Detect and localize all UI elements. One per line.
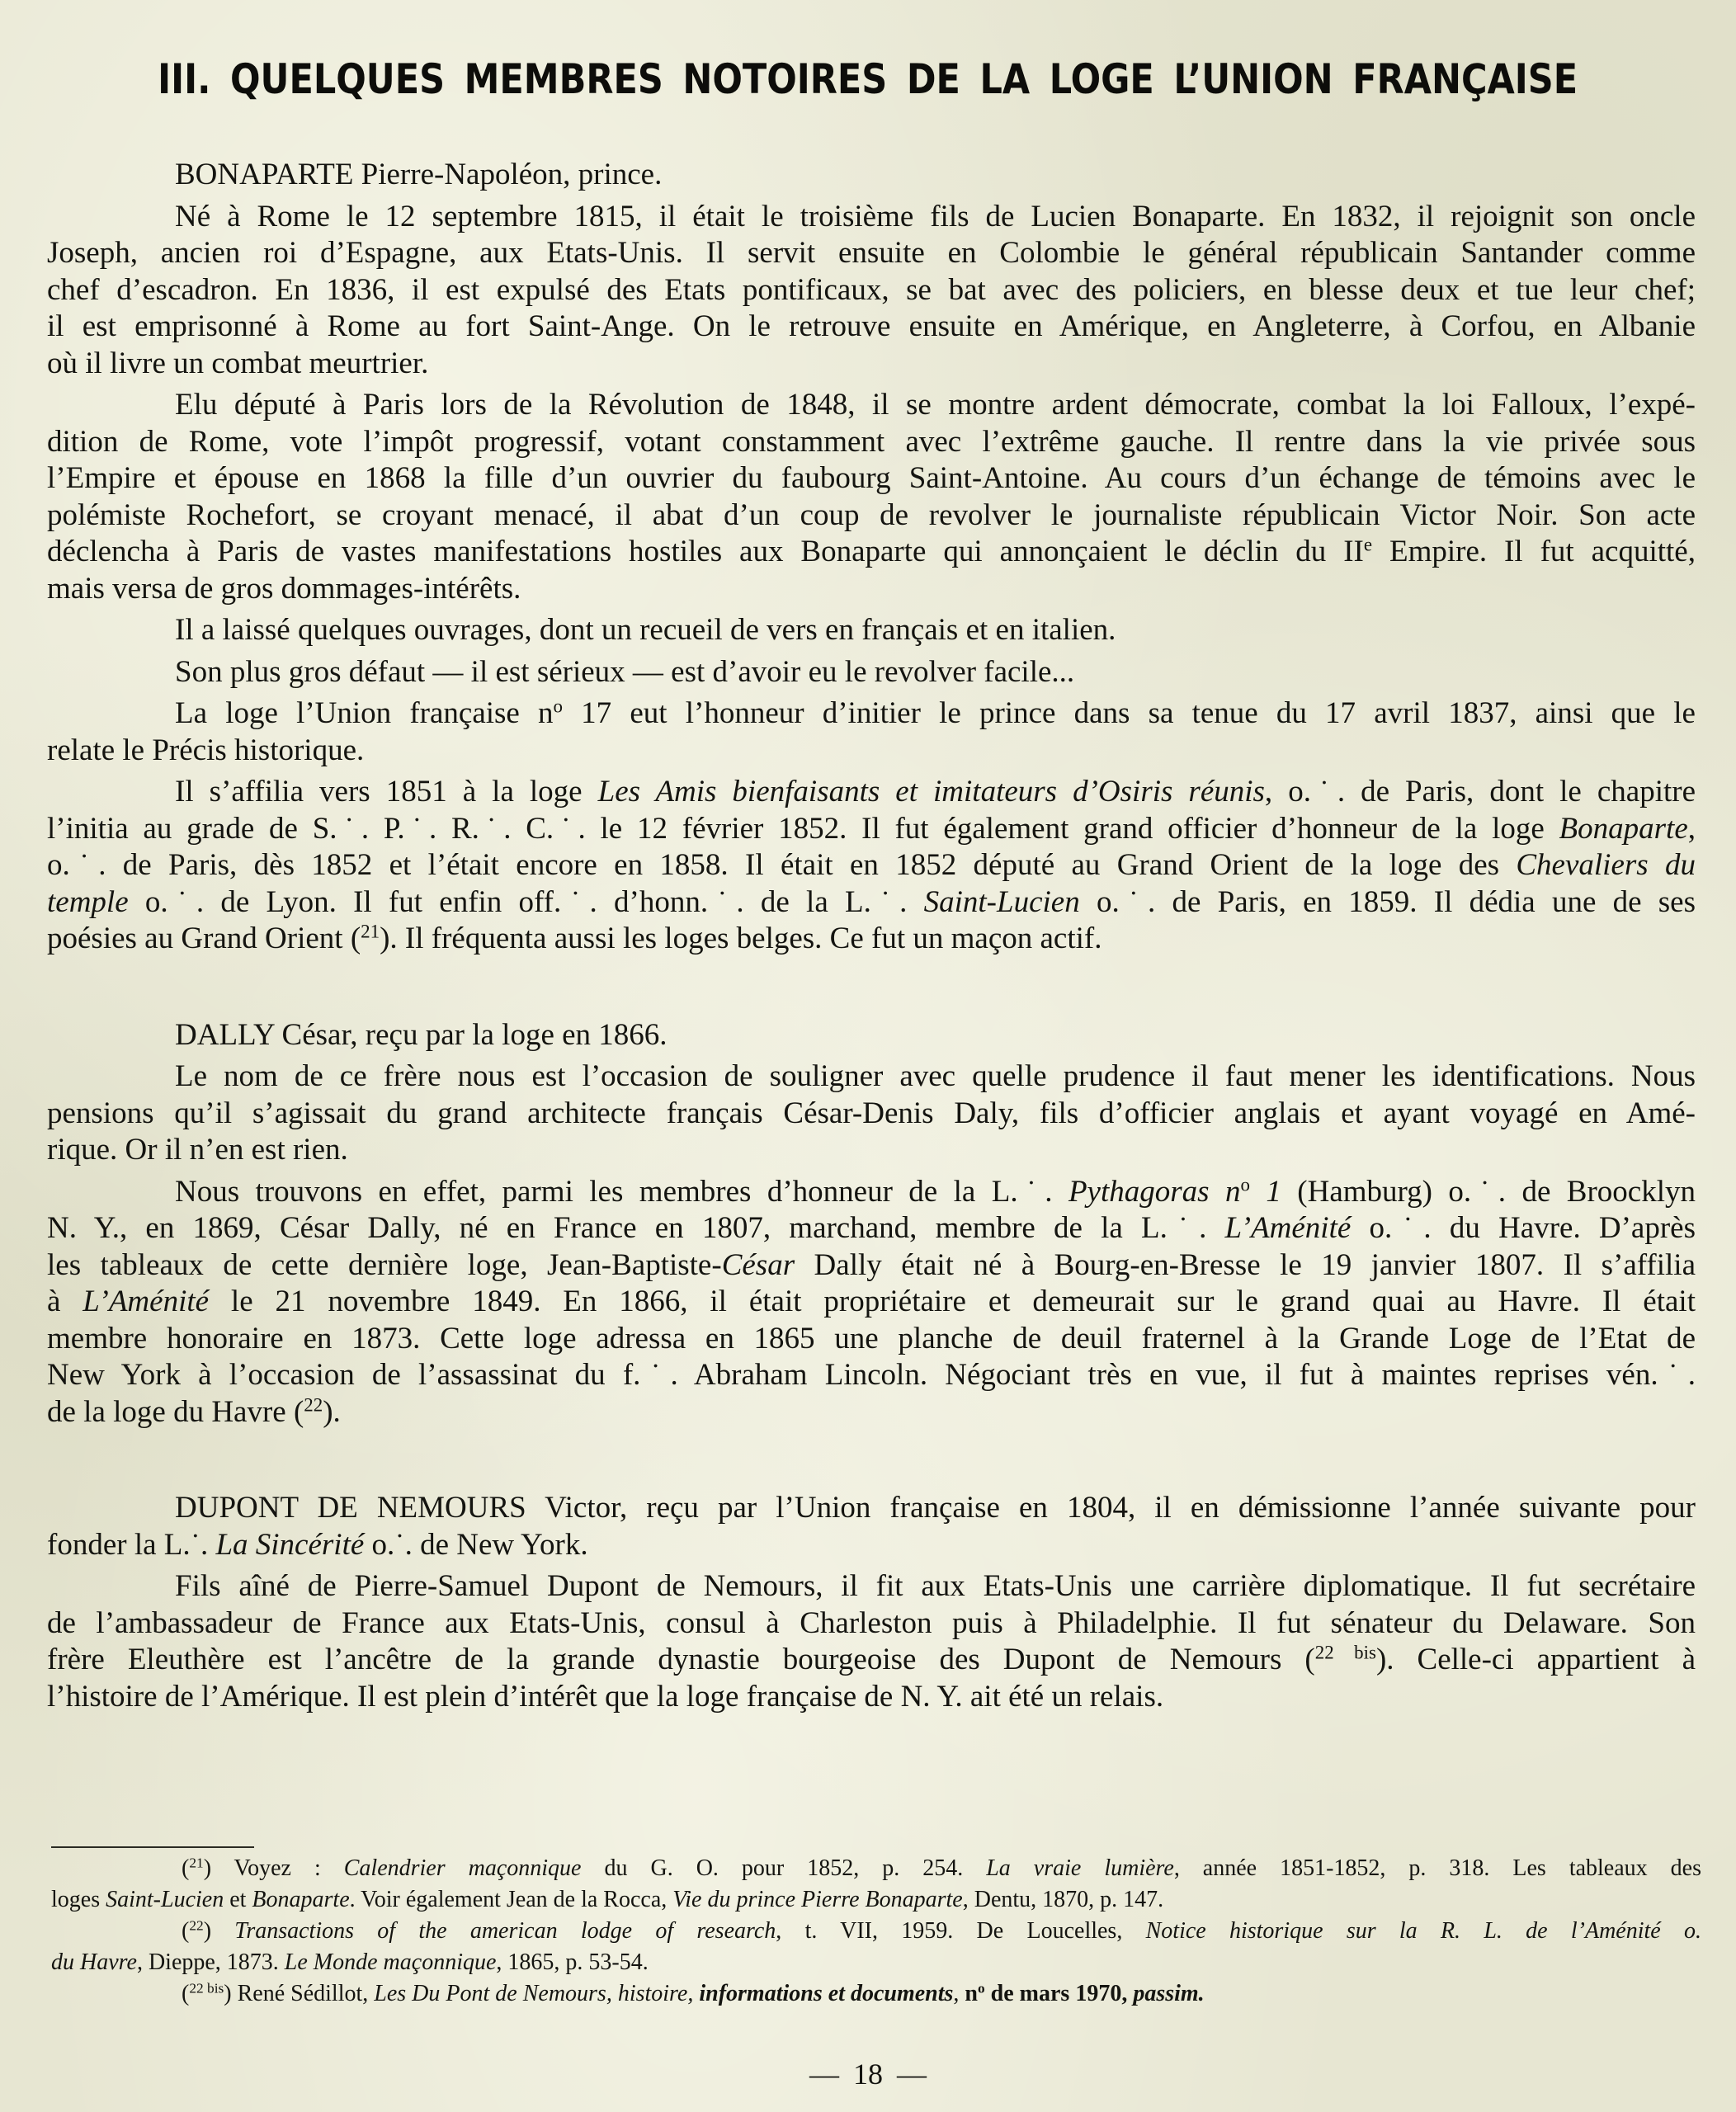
entry-dupont-de-nemours: DUPONT DE NEMOURS Victor, reçu par l’Uni… xyxy=(47,1490,1696,1715)
text-run: , t. VII, 1959. De Loucelles, xyxy=(776,1918,1145,1944)
text-line: (22) Transactions of the american lodge … xyxy=(51,1916,1701,1947)
text-run: déclencha à Paris de vastes manifestatio… xyxy=(47,535,1364,568)
text-run: l’initia au grade de S.˙. P.˙. R.˙. C.˙.… xyxy=(47,812,1559,846)
text-run: , Dentu, 1870, p. 147. xyxy=(963,1887,1163,1912)
paragraph: Il s’affilia vers 1851 à la loge Les Ami… xyxy=(47,774,1696,958)
text-run: le 21 novembre 1849. En 1866, il était p… xyxy=(209,1285,1696,1318)
text-line: fonder la L.˙. La Sincérité o.˙. de New … xyxy=(47,1527,1696,1564)
text-line: rique. Or il n’en est rien. xyxy=(47,1132,1696,1169)
text-run: , o.˙. de Paris, dont le chapitre xyxy=(1265,775,1696,808)
text-run: Nous trouvons en effet, parmi les membre… xyxy=(175,1175,1068,1209)
text-run: New York à l’occasion de l’assassinat du… xyxy=(47,1358,1696,1392)
text-line: chef d’escadron. En 1836, il est expulsé… xyxy=(47,272,1696,309)
paragraph: Le nom de ce frère nous est l’occasion d… xyxy=(47,1058,1696,1169)
text-run: chef d’escadron. En 1836, il est expulsé… xyxy=(47,273,1696,307)
text-run: , Dieppe, 1873. xyxy=(137,1949,285,1975)
text-run: , xyxy=(1688,812,1696,846)
text-line: l’initia au grade de S.˙. P.˙. R.˙. C.˙.… xyxy=(47,811,1696,848)
text-line: Fils aîné de Pierre-Samuel Dupont de Nem… xyxy=(47,1568,1696,1605)
italic-text: La vraie lumière xyxy=(986,1855,1174,1881)
text-line: New York à l’occasion de l’assassinat du… xyxy=(47,1357,1696,1394)
italic-text: temple xyxy=(47,885,129,919)
text-line: dition de Rome, vote l’impôt progressif,… xyxy=(47,424,1696,461)
text-run: ( xyxy=(182,1918,189,1944)
entry-bonaparte: BONAPARTE Pierre-Napoléon, prince.Né à R… xyxy=(47,157,1696,958)
italic-text: Bonaparte xyxy=(252,1887,349,1912)
text-run: , année 1851-1852, p. 318. Les tableaux … xyxy=(1174,1855,1701,1881)
text-run: et xyxy=(224,1887,252,1912)
italic-text: Les Du Pont de Nemours, histoire, xyxy=(374,1981,699,2006)
entry-heading-paragraph: BONAPARTE Pierre-Napoléon, prince. xyxy=(47,157,1696,194)
italic-text: Saint-Lucien xyxy=(924,885,1080,919)
italic-text: 1 xyxy=(1250,1175,1281,1209)
text-run: polémiste Rochefort, se croyant menacé, … xyxy=(47,498,1696,532)
text-run: frère Eleuthère est l’ancêtre de la gran… xyxy=(47,1643,1315,1676)
text-line: les tableaux de cette dernière loge, Jea… xyxy=(47,1247,1696,1285)
entry-heading-paragraph: DUPONT DE NEMOURS Victor, reçu par l’Uni… xyxy=(47,1490,1696,1563)
italic-text: informations et documents xyxy=(699,1981,953,2006)
text-run: de l’ambassadeur de France aux Etats-Uni… xyxy=(47,1606,1696,1640)
text-run: poésies au Grand Orient ( xyxy=(47,922,361,955)
text-run: de la loge du Havre ( xyxy=(47,1395,304,1429)
text-run: La loge l’Union française n xyxy=(175,696,554,730)
italic-text: Notice historique sur la R. L. de l’Amén… xyxy=(1146,1918,1701,1944)
text-line: N. Y., en 1869, César Dally, né en Franc… xyxy=(47,1210,1696,1247)
text-line: loges Saint-Lucien et Bonaparte. Voir ég… xyxy=(51,1884,1701,1916)
text-line: l’Empire et épouse en 1868 la fille d’un… xyxy=(47,460,1696,497)
text-run: loges xyxy=(51,1887,106,1912)
text-run: Empire. Il fut acquitté, xyxy=(1372,535,1696,568)
text-run: ). Celle-ci appartient à xyxy=(1376,1643,1696,1676)
text-run: n xyxy=(965,1981,978,2006)
text-line: du Havre, Dieppe, 1873. Le Monde maçonni… xyxy=(51,1947,1701,1978)
superscript: 21 xyxy=(361,921,380,941)
paragraph: Fils aîné de Pierre-Samuel Dupont de Nem… xyxy=(47,1568,1696,1715)
italic-text: L’Aménité xyxy=(1225,1211,1352,1245)
text-run: les tableaux de cette dernière loge, Jea… xyxy=(47,1248,722,1282)
text-run: (Hamburg) o.˙. de Broocklyn xyxy=(1281,1175,1696,1209)
superscript: o xyxy=(1240,1174,1249,1195)
text-run: o.˙. de Paris, en 1859. Il dédia une de … xyxy=(1080,885,1696,919)
text-line: où il livre un combat meurtrier. xyxy=(47,346,1696,383)
text-run: il est emprisonné à Rome au fort Saint-A… xyxy=(47,309,1696,343)
paragraph: Elu député à Paris lors de la Révolution… xyxy=(47,387,1696,607)
text-line: Il s’affilia vers 1851 à la loge Les Ami… xyxy=(47,774,1696,811)
superscript: 22 xyxy=(304,1394,323,1415)
text-line: Il a laissé quelques ouvrages, dont un r… xyxy=(47,612,1696,649)
text-run: . Voir également Jean de la Rocca, xyxy=(350,1887,673,1912)
chapter-title-text: III. QUELQUES MEMBRES NOTOIRES DE LA LOG… xyxy=(158,54,1578,104)
italic-text: Chevaliers du xyxy=(1516,848,1696,882)
italic-text: La Sincérité xyxy=(215,1528,364,1562)
text-run: o.˙. de New York. xyxy=(364,1528,587,1562)
superscript: 21 xyxy=(189,1855,203,1870)
text-run: o.˙. de Paris, dès 1852 et l’était encor… xyxy=(47,848,1516,882)
text-run: rique. Or il n’en est rien. xyxy=(47,1133,348,1167)
paragraph: Nous trouvons en effet, parmi les membre… xyxy=(47,1174,1696,1431)
text-run: Dally était né à Bourg-en-Bresse le 19 j… xyxy=(795,1248,1696,1282)
text-run: ) René Sédillot, xyxy=(224,1981,374,2006)
text-run: fonder la L.˙. xyxy=(47,1528,215,1562)
text-run: pensions qu’il s’agissait du grand archi… xyxy=(47,1096,1696,1130)
text-line: l’histoire de l’Amérique. Il est plein d… xyxy=(47,1679,1696,1716)
text-run: Fils aîné de Pierre-Samuel Dupont de Nem… xyxy=(175,1569,1696,1603)
text-run: Il a laissé quelques ouvrages, dont un r… xyxy=(175,613,1116,647)
text-run: DUPONT DE NEMOURS Victor, reçu par l’Uni… xyxy=(175,1491,1696,1525)
italic-text: Saint-Lucien xyxy=(106,1887,224,1912)
text-run: relate le Précis historique. xyxy=(47,733,364,767)
italic-text: Bonaparte xyxy=(1559,812,1688,846)
main-text: BONAPARTE Pierre-Napoléon, prince.Né à R… xyxy=(47,157,1696,1715)
text-line: il est emprisonné à Rome au fort Saint-A… xyxy=(47,309,1696,346)
text-line: membre honoraire en 1873. Cette loge adr… xyxy=(47,1321,1696,1358)
text-line: relate le Précis historique. xyxy=(47,733,1696,770)
superscript: 22 xyxy=(189,1917,203,1933)
text-line: pensions qu’il s’agissait du grand archi… xyxy=(47,1096,1696,1133)
footnote-21: (21) Voyez : Calendrier maçonnique du G.… xyxy=(51,1853,1701,1916)
text-line: poésies au Grand Orient (21). Il fréquen… xyxy=(47,921,1696,958)
text-run: ( xyxy=(182,1855,189,1881)
text-line: DALLY César, reçu par la loge en 1866. xyxy=(47,1017,1696,1054)
text-run: de mars 1970, xyxy=(985,1981,1134,2006)
footnote-22: (22) Transactions of the american lodge … xyxy=(51,1916,1701,1978)
text-line: de l’ambassadeur de France aux Etats-Uni… xyxy=(47,1605,1696,1643)
italic-text: Les Amis bienfaisants et imitateurs d’Os… xyxy=(598,775,1265,808)
text-run: ). xyxy=(323,1395,341,1429)
text-run: l’Empire et épouse en 1868 la fille d’un… xyxy=(47,461,1696,495)
entry-dally: DALLY César, reçu par la loge en 1866.Le… xyxy=(47,1017,1696,1431)
footnotes: (21) Voyez : Calendrier maçonnique du G.… xyxy=(51,1853,1701,2010)
text-line: temple o.˙. de Lyon. Il fut enfin off.˙.… xyxy=(47,884,1696,922)
text-line: déclencha à Paris de vastes manifestatio… xyxy=(47,534,1696,571)
footnote-separator xyxy=(51,1846,254,1848)
text-run: ). Il fréquenta aussi les loges belges. … xyxy=(380,922,1102,955)
italic-text: L’Aménité xyxy=(83,1285,209,1318)
text-line: Né à Rome le 12 septembre 1815, il était… xyxy=(47,199,1696,236)
text-run: Né à Rome le 12 septembre 1815, il était… xyxy=(175,200,1696,233)
text-run: , xyxy=(953,1981,965,2006)
document-page: III. QUELQUES MEMBRES NOTOIRES DE LA LOG… xyxy=(0,0,1736,2112)
text-line: polémiste Rochefort, se croyant menacé, … xyxy=(47,497,1696,535)
italic-text: Le Monde maçonnique xyxy=(285,1949,497,1975)
footnote-22-bis: (22 bis) René Sédillot, Les Du Pont de N… xyxy=(51,1978,1701,2010)
text-line: de la loge du Havre (22). xyxy=(47,1394,1696,1431)
text-line: Le nom de ce frère nous est l’occasion d… xyxy=(47,1058,1696,1096)
text-run: ) Voyez : xyxy=(204,1855,344,1881)
text-run: Elu député à Paris lors de la Révolution… xyxy=(175,388,1696,422)
text-line: Elu député à Paris lors de la Révolution… xyxy=(47,387,1696,424)
text-run: ( xyxy=(182,1981,189,2006)
text-line: à L’Aménité le 21 novembre 1849. En 1866… xyxy=(47,1284,1696,1321)
text-run: où il livre un combat meurtrier. xyxy=(47,346,428,380)
italic-text: Vie du prince Pierre Bonaparte xyxy=(672,1887,962,1912)
text-line: BONAPARTE Pierre-Napoléon, prince. xyxy=(47,157,1696,194)
text-run: Son plus gros défaut — il est sérieux — … xyxy=(175,655,1074,689)
text-run: dition de Rome, vote l’impôt progressif,… xyxy=(47,425,1696,459)
text-line: Nous trouvons en effet, parmi les membre… xyxy=(47,1174,1696,1211)
superscript: e xyxy=(1364,534,1372,554)
text-line: La loge l’Union française no 17 eut l’ho… xyxy=(47,695,1696,733)
superscript: o xyxy=(978,1980,985,1996)
text-run: N. Y., en 1869, César Dally, né en Franc… xyxy=(47,1211,1225,1245)
paragraph: La loge l’Union française no 17 eut l’ho… xyxy=(47,695,1696,769)
text-line: mais versa de gros dommages-intérêts. xyxy=(47,571,1696,608)
text-run: 17 eut l’honneur d’initier le prince dan… xyxy=(563,696,1696,730)
text-run: à xyxy=(47,1285,83,1318)
paragraph: Il a laissé quelques ouvrages, dont un r… xyxy=(47,612,1696,649)
text-run: membre honoraire en 1873. Cette loge adr… xyxy=(47,1322,1696,1355)
text-line: frère Eleuthère est l’ancêtre de la gran… xyxy=(47,1642,1696,1679)
text-run: Le nom de ce frère nous est l’occasion d… xyxy=(175,1059,1696,1093)
text-run: ) xyxy=(204,1918,235,1944)
superscript: o xyxy=(554,695,563,716)
entry-heading-paragraph: DALLY César, reçu par la loge en 1866. xyxy=(47,1017,1696,1054)
text-run: Joseph, ancien roi d’Espagne, aux Etats-… xyxy=(47,236,1696,270)
text-line: (22 bis) René Sédillot, Les Du Pont de N… xyxy=(51,1978,1701,2010)
superscript: 22 bis xyxy=(189,1980,224,1996)
italic-text: passim. xyxy=(1133,1981,1204,2006)
text-run: du G. O. pour 1852, p. 254. xyxy=(581,1855,986,1881)
text-run: , 1865, p. 53-54. xyxy=(496,1949,648,1975)
text-run: l’histoire de l’Amérique. Il est plein d… xyxy=(47,1680,1163,1714)
paragraph: Son plus gros défaut — il est sérieux — … xyxy=(47,654,1696,691)
text-run: o.˙. de Lyon. Il fut enfin off.˙. d’honn… xyxy=(129,885,924,919)
italic-text: César xyxy=(722,1248,795,1282)
page-number: — 18 — xyxy=(0,2058,1736,2091)
italic-text: Pythagoras n xyxy=(1068,1175,1241,1209)
text-line: Son plus gros défaut — il est sérieux — … xyxy=(47,654,1696,691)
superscript: 22 bis xyxy=(1315,1642,1376,1662)
italic-text: Calendrier maçonnique xyxy=(344,1855,582,1881)
text-run: mais versa de gros dommages-intérêts. xyxy=(47,572,521,606)
text-line: (21) Voyez : Calendrier maçonnique du G.… xyxy=(51,1853,1701,1884)
paragraph: Né à Rome le 12 septembre 1815, il était… xyxy=(47,199,1696,383)
text-run: BONAPARTE Pierre-Napoléon, prince. xyxy=(175,158,662,191)
chapter-title: III. QUELQUES MEMBRES NOTOIRES DE LA LOG… xyxy=(0,54,1736,104)
text-run: Il s’affilia vers 1851 à la loge xyxy=(175,775,598,808)
italic-text: du Havre xyxy=(51,1949,137,1975)
italic-text: Transactions of the american lodge of re… xyxy=(234,1918,776,1944)
text-line: DUPONT DE NEMOURS Victor, reçu par l’Uni… xyxy=(47,1490,1696,1527)
text-line: Joseph, ancien roi d’Espagne, aux Etats-… xyxy=(47,235,1696,272)
text-line: o.˙. de Paris, dès 1852 et l’était encor… xyxy=(47,847,1696,884)
text-run: o.˙. du Havre. D’après xyxy=(1351,1211,1696,1245)
text-run: DALLY César, reçu par la loge en 1866. xyxy=(175,1018,668,1052)
